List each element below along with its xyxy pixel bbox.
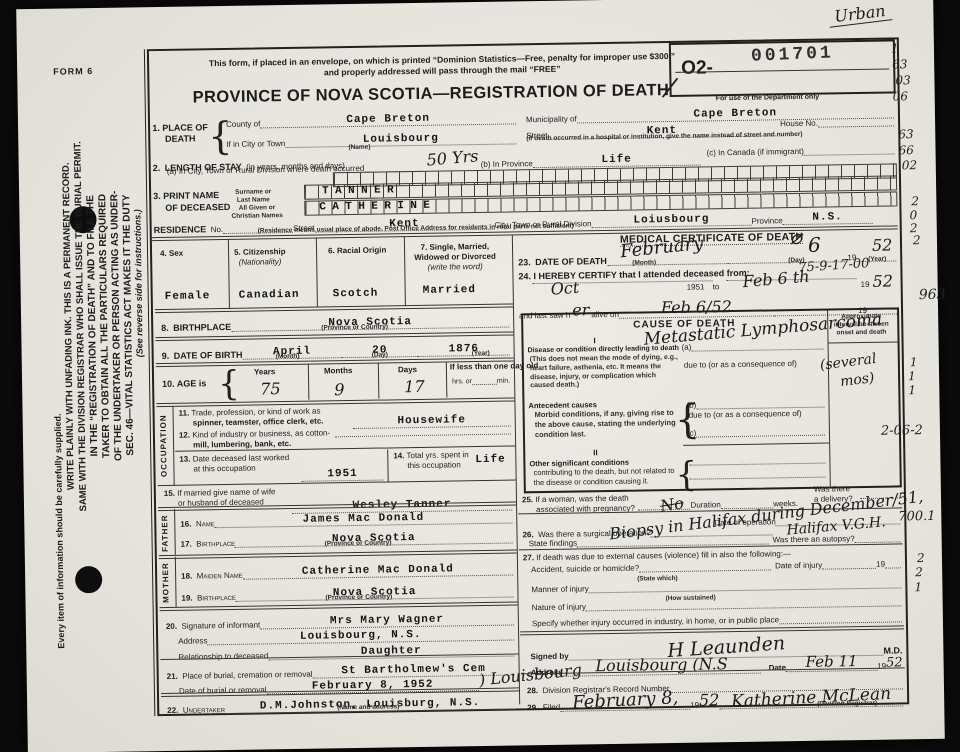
occupation-lastworked-value: 1951 [327, 468, 358, 480]
place-of-death-label: 1. PLACE OF DEATH [152, 122, 208, 144]
place-label: PLACE OF DEATH [162, 122, 208, 143]
certify-to-year-prefix: 19 [861, 280, 870, 289]
margin-note: 1 [908, 369, 916, 383]
age-years-value: 75 [260, 379, 281, 398]
age-brace: { [218, 364, 240, 404]
punch-hole-bottom [75, 566, 102, 593]
other-conditions-note: contributing to the death, but not relat… [533, 466, 683, 488]
town-note: (Name) [348, 144, 370, 151]
occupation-totalyrs-value: Life [475, 454, 506, 466]
father-birthplace-note: (Province or Country) [325, 539, 392, 547]
residence-no-label: No. [211, 225, 224, 234]
stay-c-label: (c) In Canada (if immigrant) [706, 147, 803, 158]
county-value: Cape Breton [346, 113, 430, 126]
dob-month-cap: (Month) [276, 353, 300, 360]
certificate-paper: FORM 6 SEC. 46—VITAL STATISTICS ACT MAKE… [16, 0, 945, 752]
other-brace: { [675, 455, 697, 495]
age-months-label: Months [324, 366, 353, 375]
antecedent-due-label: due to (or as a consequence of) [689, 409, 802, 420]
residence-province-label: Province [751, 216, 782, 225]
filed-date-value: February 8, [572, 689, 679, 712]
certify-from-year: 1951 [687, 282, 705, 291]
margin-note: 1 [914, 580, 922, 594]
cause-direct-note: (This does not mean the mode of dying, e… [530, 354, 681, 391]
reverse-side-note: (See reverse side for instructions.) [131, 147, 144, 357]
racial-origin-value: Scotch [333, 288, 379, 301]
cause-section-2: II [593, 448, 598, 457]
citizenship-label: 5. Citizenship (Nationality) [234, 247, 286, 268]
margin-note: 2 [911, 194, 919, 208]
stay-b-row: (b) In Province Life [481, 149, 701, 169]
cause-interval-2: mos) [839, 370, 875, 390]
occupation-trade-label: 11. Trade, profession, or kind of work a… [179, 406, 324, 428]
father-side-label: FATHER [160, 511, 170, 555]
residence-province-value: N.S. [812, 211, 843, 223]
dob-day-cap: (Day) [372, 351, 388, 358]
margin-note: 66 [898, 143, 913, 157]
certify-from-value: Oct [550, 278, 580, 299]
print-name-label: 3. PRINT NAME OF DECEASED [153, 190, 230, 215]
undertaker-note: (Name and address) [337, 703, 399, 711]
margin-note: 63 [898, 127, 913, 141]
scanned-death-certificate: FORM 6 SEC. 46—VITAL STATISTICS ACT MAKE… [0, 0, 960, 752]
state-which-cap: (State which) [637, 575, 678, 583]
age-label: 10. AGE is [162, 378, 206, 389]
dod-label: DATE OF DEATH [535, 256, 607, 267]
residence-label: RESIDENCE [154, 224, 207, 235]
sex-label: 4. Sex [160, 249, 183, 258]
town-value: Louisbourg [363, 133, 439, 146]
certify-to-label: to [713, 282, 720, 291]
surname-label: Surname orLast Name [235, 188, 271, 204]
cause-section-1: I [593, 336, 595, 345]
father-name-value: James Mac Donald [303, 512, 425, 526]
mother-birthplace-note: (Province or Country) [325, 593, 392, 601]
dod-year-value: 52 [872, 236, 893, 255]
marital-value: Married [423, 284, 476, 297]
residence-division-value: Loiusbourg [633, 213, 709, 226]
division-registrar-cap: (Division Registrar) [817, 700, 877, 708]
certify-to-year: 52 [872, 272, 893, 291]
margin-note: 2 [917, 551, 925, 565]
cause-of-death-box: Approximate interval be- tween onset and… [521, 307, 902, 493]
house-label: House No. [780, 119, 818, 129]
birthplace-note: (Province or Country) [321, 323, 388, 331]
occupation-totalyrs-label: 14. Total yrs. spent in this occupation [393, 450, 469, 471]
age-hrs-row: hrs. ormin. [452, 378, 510, 386]
margin-note: 0 [909, 208, 917, 222]
cause-due-label: due to (or as a consequence of) [684, 359, 797, 370]
dob-year-cap: (Year) [472, 350, 490, 357]
county-label: County of [226, 119, 260, 129]
marital-label: 7. Single, Married, Widowed or Divorced … [414, 242, 496, 273]
given-name-value: CATHERINE [319, 200, 436, 214]
mother-name-value: Catherine Mac Donald [302, 563, 454, 577]
age-days-value: 17 [404, 377, 425, 396]
margin-note: 2 [913, 233, 921, 247]
dod-year-cap: (Year) [868, 256, 886, 263]
margin-note: 2 [915, 565, 923, 579]
citizenship-value: Canadian [239, 289, 300, 302]
age-days-label: Days [398, 365, 417, 374]
house-no-row: House No. [780, 117, 894, 128]
antecedent-note: Morbid conditions, if any, giving rise t… [535, 408, 683, 440]
racial-origin-label: 6. Racial Origin [328, 245, 386, 255]
sidebar-notice: SEC. 46—VITAL STATISTICS ACT MAKES IT TH… [60, 95, 138, 556]
form-number: FORM 6 [53, 66, 93, 77]
occupation-industry-label: 12. Kind of industry or business, as cot… [179, 428, 331, 450]
occupation-lastworked-label: 13. Date deceased last worked at this oc… [179, 453, 289, 475]
occupation-trade-value: Housewife [397, 414, 466, 427]
surname-value: TANNER [322, 184, 400, 197]
occupation-side-label: OCCUPATION [158, 407, 168, 485]
department-stamp-box: O2- 001701 [669, 39, 896, 97]
stay-b-value: Life [601, 154, 632, 166]
town-label: If in City or Town [226, 139, 285, 149]
age-years-label: Years [254, 367, 275, 376]
mother-side-label: MOTHER [161, 559, 171, 607]
dob-label: DATE OF BIRTH [174, 350, 243, 361]
dod-day-value: 6 [808, 233, 821, 257]
margin-note: 963 [919, 287, 946, 303]
urban-note: Urban [827, 0, 892, 27]
age-months-value: 9 [334, 380, 344, 399]
name-no: 3. [153, 191, 161, 201]
birthplace-label: BIRTHPLACE [173, 322, 231, 333]
filed-year-value: 52 [699, 690, 720, 709]
dod-day-cap: (Day) [788, 257, 804, 264]
registrar-name-value: Katherine McLean [731, 686, 892, 711]
dod-month-cap: (Month) [632, 259, 656, 266]
margin-note: 1 [908, 383, 916, 397]
stamp-number: 001701 [751, 43, 835, 66]
stamp-prefix: O2- [681, 57, 713, 79]
stay-b-label: (b) In Province [481, 159, 533, 169]
margin-note: 02 [902, 158, 917, 172]
stay-no: 2. [153, 163, 161, 173]
sex-value: Female [165, 290, 211, 303]
margin-note: 1 [910, 355, 918, 369]
place-no: 1. [152, 123, 160, 133]
